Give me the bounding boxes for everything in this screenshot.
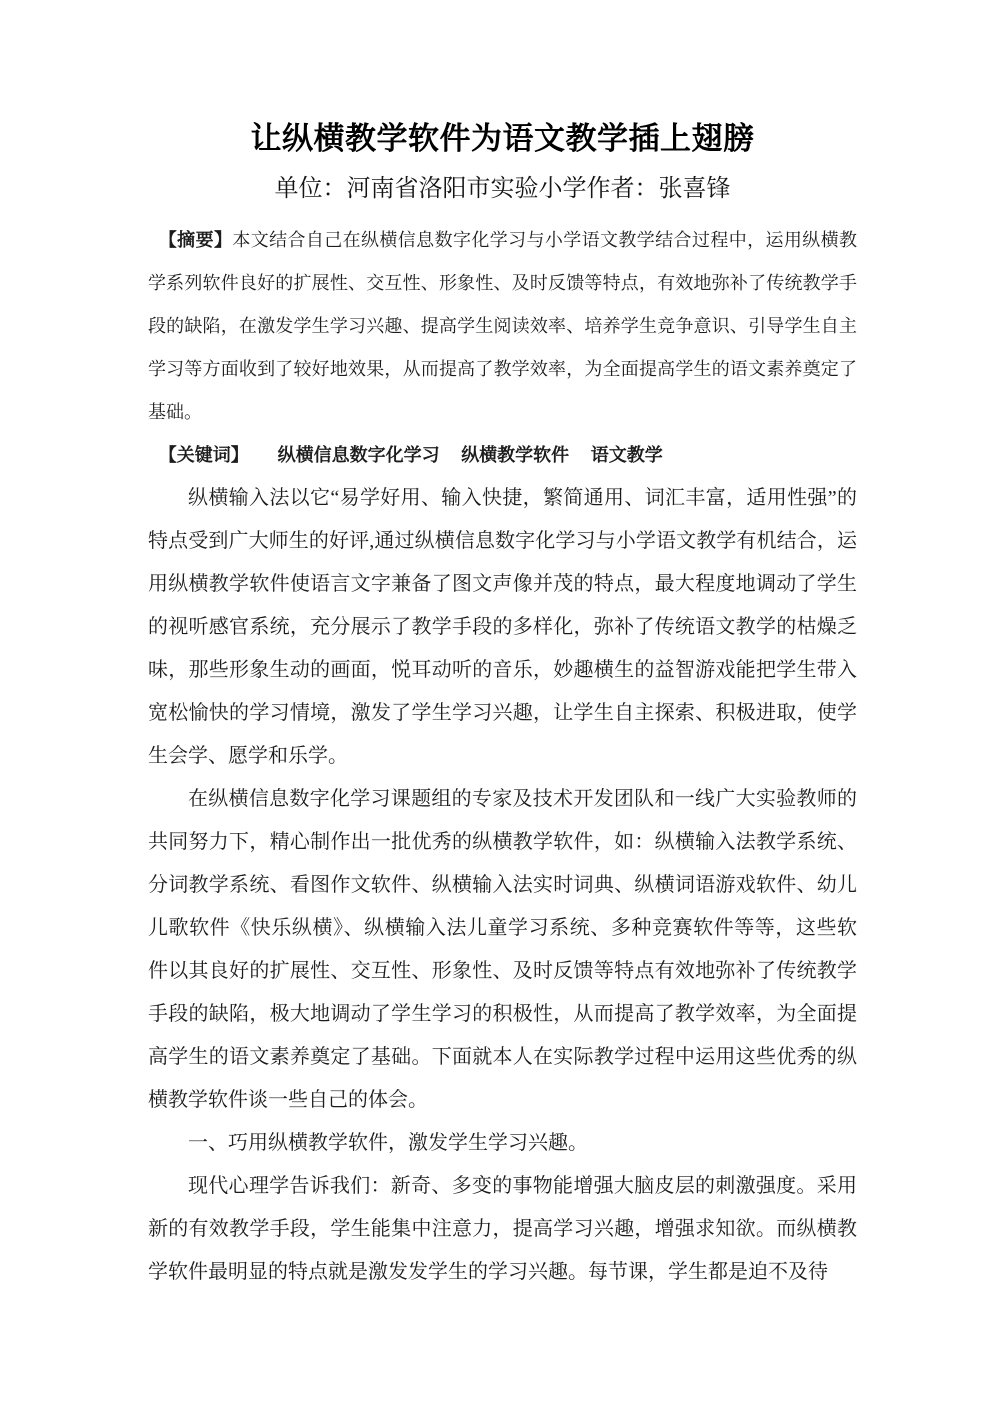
- abstract-text: 本文结合自己在纵横信息数字化学习与小学语文教学结合过程中，运用纵横教学系列软件良…: [148, 230, 857, 422]
- paragraph: 在纵横信息数字化学习课题组的专家及技术开发团队和一线广大实验教师的共同努力下，精…: [148, 778, 857, 1122]
- keyword-item: 纵横教学软件: [461, 445, 569, 465]
- document-content: 让纵横教学软件为语文教学插上翅膀 单位：河南省洛阳市实验小学作者：张喜锋 【摘要…: [148, 118, 857, 1294]
- paragraph: 现代心理学告诉我们：新奇、多变的事物能增强大脑皮层的刺激强度。采用新的有效教学手…: [148, 1165, 857, 1294]
- keywords-items: 纵横信息数字化学习纵横教学软件语文教学: [278, 445, 685, 465]
- document-body: 纵横输入法以它“易学好用、输入快捷，繁简通用、词汇丰富，适用性强”的特点受到广大…: [148, 477, 857, 1294]
- paragraph: 纵横输入法以它“易学好用、输入快捷，繁简通用、词汇丰富，适用性强”的特点受到广大…: [148, 477, 857, 778]
- section-heading: 一、巧用纵横教学软件，激发学生学习兴趣。: [148, 1122, 857, 1165]
- document-byline: 单位：河南省洛阳市实验小学作者：张喜锋: [148, 172, 857, 206]
- keywords-label: 【关键词】: [159, 445, 249, 465]
- keyword-item: 语文教学: [591, 445, 663, 465]
- document-page: 让纵横教学软件为语文教学插上翅膀 单位：河南省洛阳市实验小学作者：张喜锋 【摘要…: [0, 0, 992, 1403]
- abstract-label: 【摘要】: [159, 230, 233, 250]
- keywords-line: 【关键词】纵横信息数字化学习纵横教学软件语文教学: [148, 434, 857, 477]
- document-title: 让纵横教学软件为语文教学插上翅膀: [148, 118, 857, 160]
- keyword-item: 纵横信息数字化学习: [278, 445, 440, 465]
- abstract-paragraph: 【摘要】本文结合自己在纵横信息数字化学习与小学语文教学结合过程中，运用纵横教学系…: [148, 219, 857, 434]
